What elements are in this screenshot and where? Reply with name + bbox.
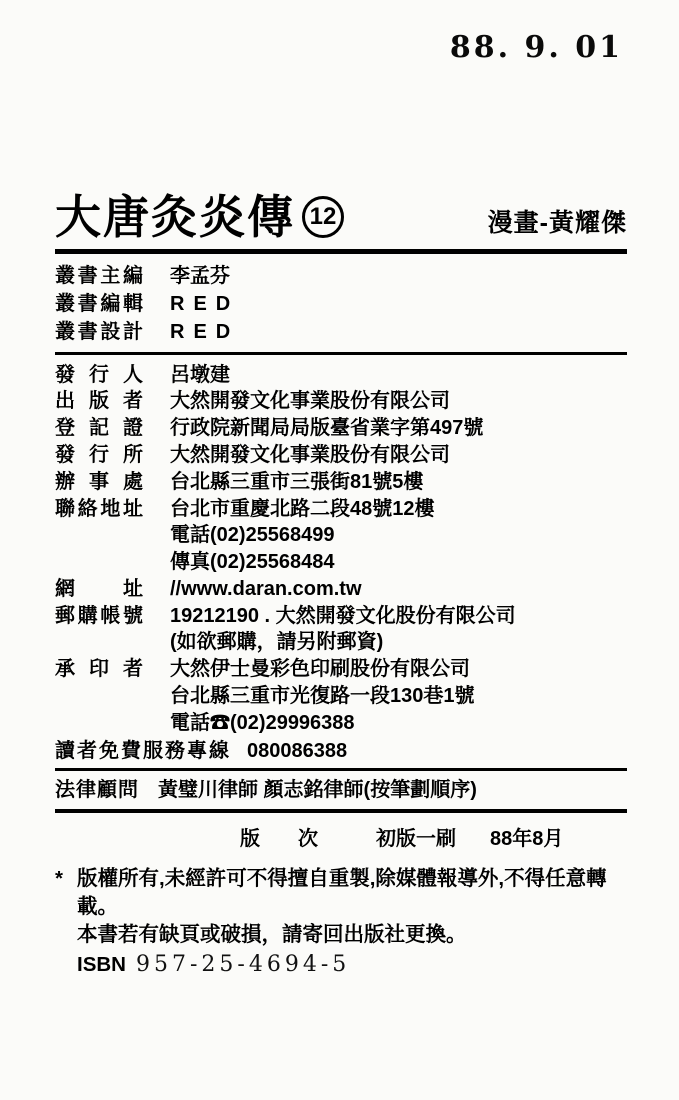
field-value: 傳真(02)25568484 [170, 549, 335, 576]
field-label: 叢書設計 [55, 318, 143, 346]
volume-number: 12 [310, 203, 337, 231]
phone-number: (02)29996388 [230, 712, 355, 734]
table-row: 叢書設計 RED [55, 318, 627, 346]
phone-icon: ☎ [210, 712, 230, 734]
field-value: (如欲郵購，請另附郵資) [170, 629, 383, 656]
table-row: 發行所 大然開發文化事業股份有限公司 [55, 442, 627, 469]
table-row: 網址 //www.daran.com.tw [55, 576, 627, 603]
isbn-label: ISBN [77, 953, 126, 977]
field-value: 台北縣三重市光復路一段130巷1號 [170, 683, 475, 710]
legal-divider [55, 809, 627, 813]
field-label: 發行人 [55, 362, 143, 389]
field-value: 大然開發文化事業股份有限公司 [170, 388, 450, 415]
field-value: 李孟芬 [170, 262, 230, 290]
colophon-content: 大唐灸炎傳 12 漫畫-黃耀傑 叢書主編 李孟芬 叢書編輯 RED 叢書設計 R… [55, 192, 627, 977]
field-label [55, 549, 143, 576]
staff-divider [55, 352, 627, 355]
phone-label: 電話 [170, 712, 210, 734]
edition-date: 88年8月 [490, 826, 563, 852]
field-label: 聯絡地址 [55, 496, 143, 523]
table-row: 傳真(02)25568484 [55, 549, 627, 576]
field-value: 行政院新聞局局版臺省業字第497號 [170, 415, 483, 442]
table-row: 電話(02)25568499 [55, 522, 627, 549]
notices-section: * 版權所有,未經許可不得擅自重製,除媒體報導外,不得任意轉載。 本書若有缺頁或… [55, 865, 627, 977]
edition-row: 版次 初版一刷 88年8月 [240, 826, 627, 852]
field-label: 讀者免費服務專線 [55, 738, 231, 765]
colophon-page: 88. 9. 01 大唐灸炎傳 12 漫畫-黃耀傑 叢書主編 李孟芬 叢書編輯 … [0, 0, 679, 1100]
field-value: RED [170, 318, 239, 346]
legal-advisor-row: 法律顧問 黃璧川律師 顏志銘律師(按筆劃順序) [55, 777, 627, 804]
table-row: 台北縣三重市光復路一段130巷1號 [55, 683, 627, 710]
artist-credit: 漫畫-黃耀傑 [488, 203, 627, 244]
field-label [55, 629, 143, 656]
field-value: 大然開發文化事業股份有限公司 [170, 442, 450, 469]
field-value: 電話☎(02)29996388 [170, 710, 355, 737]
publisher-section: 發行人 呂墩建 出版者 大然開發文化事業股份有限公司 登記證 行政院新聞局局版臺… [55, 362, 627, 765]
table-row: (如欲郵購，請另附郵資) [55, 629, 627, 656]
field-value: 呂墩建 [170, 362, 230, 389]
field-label: 發行所 [55, 442, 143, 469]
service-divider [55, 768, 627, 771]
volume-badge: 12 [302, 196, 344, 238]
edition-printing: 初版一刷 [376, 826, 456, 852]
table-row: 出版者 大然開發文化事業股份有限公司 [55, 388, 627, 415]
field-label: 郵購帳號 [55, 603, 143, 630]
table-row: 聯絡地址 台北市重慶北路二段48號12樓 [55, 496, 627, 523]
field-label: 辦事處 [55, 469, 143, 496]
field-value: 080086388 [247, 738, 347, 765]
field-label: 叢書編輯 [55, 290, 143, 318]
field-value: RED [170, 290, 239, 318]
title-main: 大唐灸炎傳 12 [55, 192, 344, 244]
field-label [55, 683, 143, 710]
table-row: 登記證 行政院新聞局局版臺省業字第497號 [55, 415, 627, 442]
field-label: 法律顧問 [55, 777, 139, 804]
service-line-row: 讀者免費服務專線 080086388 [55, 738, 627, 765]
field-value: 台北縣三重市三張街81號5樓 [170, 469, 423, 496]
table-row: 叢書編輯 RED [55, 290, 627, 318]
date-stamp: 88. 9. 01 [450, 30, 623, 65]
staff-section: 叢書主編 李孟芬 叢書編輯 RED 叢書設計 RED [55, 262, 627, 346]
field-label: 登記證 [55, 415, 143, 442]
field-value: 大然伊士曼彩色印刷股份有限公司 [170, 656, 470, 683]
field-label: 叢書主編 [55, 262, 143, 290]
book-title: 大唐灸炎傳 [55, 192, 295, 244]
table-row: 承印者 大然伊士曼彩色印刷股份有限公司 [55, 656, 627, 683]
field-value: 電話(02)25568499 [170, 522, 335, 549]
field-label: 承印者 [55, 656, 143, 683]
field-value: 台北市重慶北路二段48號12樓 [170, 496, 435, 523]
replacement-notice: 本書若有缺頁或破損，請寄回出版社更換。 [55, 921, 627, 949]
field-label [55, 710, 143, 737]
field-label: 網址 [55, 576, 143, 603]
table-row: 郵購帳號 19212190 . 大然開發文化股份有限公司 [55, 603, 627, 630]
field-value: 19212190 . 大然開發文化股份有限公司 [170, 603, 516, 630]
print-phone-row: 電話☎(02)29996388 [55, 710, 627, 737]
field-label: 版次 [240, 826, 318, 852]
copyright-notice: * 版權所有,未經許可不得擅自重製,除媒體報導外,不得任意轉載。 [55, 865, 627, 921]
field-value: //www.daran.com.tw [170, 576, 362, 603]
field-label: 出版者 [55, 388, 143, 415]
table-row: 辦事處 台北縣三重市三張街81號5樓 [55, 469, 627, 496]
isbn-number: 957-25-4694-5 [136, 952, 350, 977]
field-value: 黃璧川律師 顏志銘律師(按筆劃順序) [158, 777, 477, 804]
isbn-row: ISBN 957-25-4694-5 [55, 952, 627, 977]
title-row: 大唐灸炎傳 12 漫畫-黃耀傑 [55, 192, 627, 244]
title-divider [55, 249, 627, 254]
field-label [55, 522, 143, 549]
table-row: 叢書主編 李孟芬 [55, 262, 627, 290]
asterisk-mark: * [55, 865, 77, 921]
table-row: 發行人 呂墩建 [55, 362, 627, 389]
copyright-text: 版權所有,未經許可不得擅自重製,除媒體報導外,不得任意轉載。 [77, 865, 627, 921]
